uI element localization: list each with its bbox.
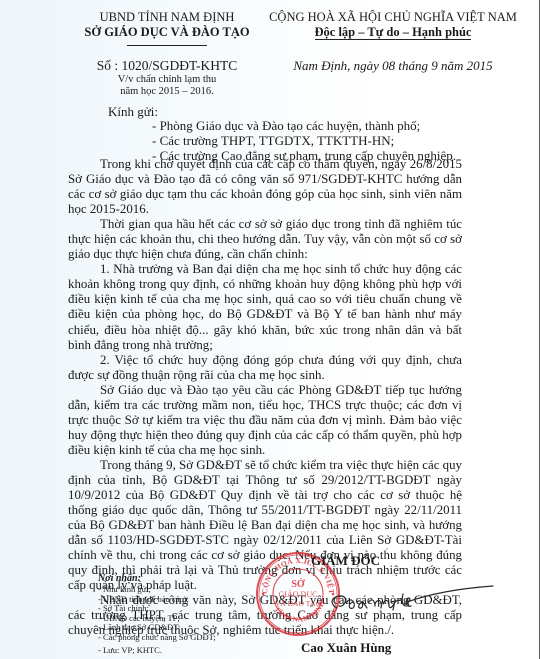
header-divider bbox=[127, 45, 207, 46]
motto: Độc lập – Tự do – Hạnh phúc bbox=[268, 25, 518, 40]
svg-text:GIÁO DỤC: GIÁO DỤC bbox=[279, 589, 318, 599]
department: SỞ GIÁO DỤC VÀ ĐÀO TẠO bbox=[62, 25, 272, 40]
body-paragraph: Trong khi chờ quyết định của các cấp có … bbox=[68, 157, 462, 217]
document-page: UBND TỈNH NAM ĐỊNH SỞ GIÁO DỤC VÀ ĐÀO TẠ… bbox=[0, 0, 542, 659]
doc-number: Số : 1020/SGDĐT-KHTC bbox=[62, 58, 272, 74]
scan-speck bbox=[386, 548, 388, 550]
signatory-name: Cao Xuân Hùng bbox=[301, 640, 391, 656]
recipient-item: - Lưu: VP; KHTC. bbox=[98, 646, 216, 656]
signatory-title: GIÁM ĐỐC bbox=[311, 553, 380, 569]
addressee-item: - Phòng Giáo dục và Đào tạo các huyện, t… bbox=[152, 118, 456, 133]
authority: UBND TỈNH NAM ĐỊNH bbox=[62, 10, 272, 25]
body-paragraph: Sở Giáo dục và Đào tạo yêu cầu các Phòng… bbox=[68, 383, 462, 458]
addressee-label: Kính gửi: bbox=[108, 104, 158, 120]
motto-text: Độc lập – Tự do – Hạnh phúc bbox=[315, 25, 472, 40]
body-paragraph: 2. Việc tổ chức huy động đóng góp chưa đ… bbox=[68, 353, 462, 383]
recipient-item: - Các phòng chức năng Sở GDĐT; bbox=[98, 633, 216, 643]
national-header: CỘNG HOÀ XÃ HỘI CHỦ NGHĨA VIỆT NAM Độc l… bbox=[268, 10, 518, 74]
body-paragraph: 1. Nhà trường và Ban đại diện cha mẹ học… bbox=[68, 262, 462, 352]
subject-line-2: năm học 2015 – 2016. bbox=[62, 86, 272, 98]
page-edge bbox=[539, 0, 540, 659]
issuer-header: UBND TỈNH NAM ĐỊNH SỞ GIÁO DỤC VÀ ĐÀO TẠ… bbox=[62, 10, 272, 98]
addressee-item: - Các trường THPT, TTGDTX, TTKTTH-HN; bbox=[152, 133, 456, 148]
nation-title: CỘNG HOÀ XÃ HỘI CHỦ NGHĨA VIỆT NAM bbox=[268, 10, 518, 25]
signature-icon bbox=[325, 574, 495, 620]
scan-speck bbox=[418, 566, 420, 568]
subject-line-1: V/v chấn chỉnh lạm thu bbox=[62, 74, 272, 86]
svg-text:VÀ ĐÀO TẠO: VÀ ĐÀO TẠO bbox=[275, 598, 322, 608]
recipients-block: Nơi nhận: - Như kính gửi; - UBND tỉnh (đ… bbox=[98, 573, 216, 655]
svg-text:SỞ: SỞ bbox=[291, 578, 305, 590]
body-paragraph: Thời gian qua hầu hết các cơ sở sở giáo … bbox=[68, 217, 462, 262]
issue-date: Nam Định, ngày 08 tháng 9 năm 2015 bbox=[268, 58, 518, 74]
